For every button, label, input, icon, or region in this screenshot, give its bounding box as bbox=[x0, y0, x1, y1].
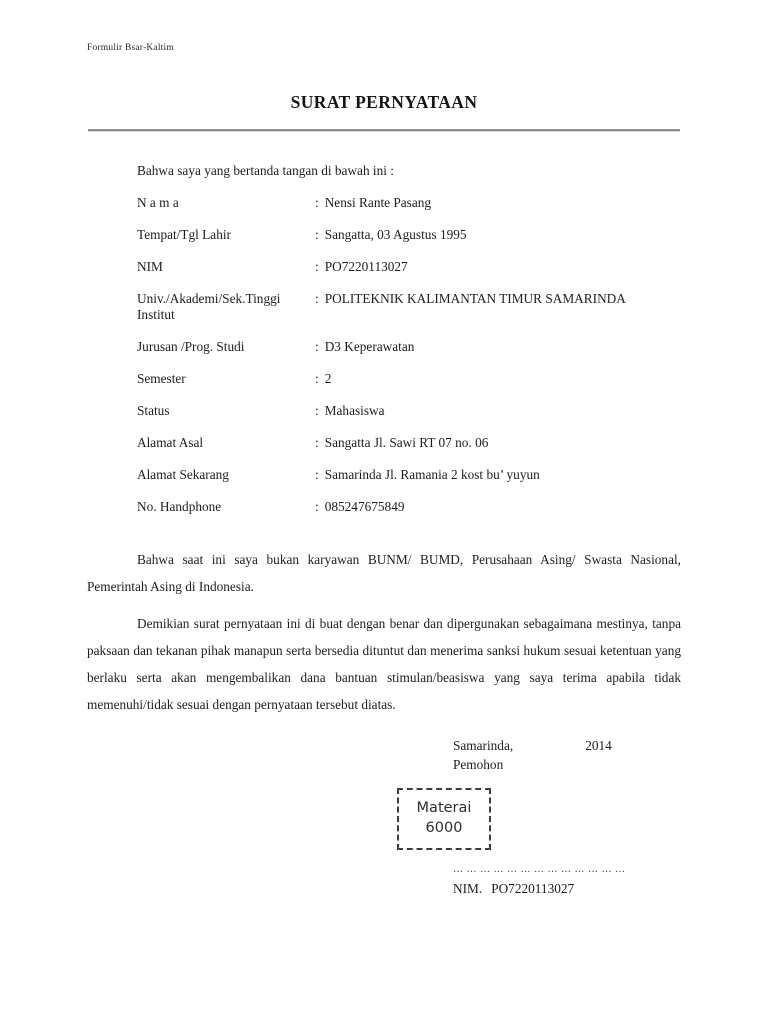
field-label: Univ./Akademi/Sek.Tinggi Institut bbox=[137, 291, 315, 323]
field-label: Tempat/Tgl Lahir bbox=[137, 227, 315, 243]
field-label: Status bbox=[137, 403, 315, 419]
materai-stamp-box: Materai 6000 bbox=[397, 788, 491, 850]
form-header: Formulir Bsar-Kaltim bbox=[87, 43, 174, 53]
signature-block: Samarinda, 2014 Pemohon Materai 6000 … …… bbox=[397, 736, 707, 898]
nim-value: PO7220113027 bbox=[491, 881, 574, 896]
field-row-status: Status :Mahasiswa bbox=[137, 403, 681, 419]
field-value-wrap: :2 bbox=[315, 371, 681, 387]
field-value-wrap: :Sangatta, 03 Agustus 1995 bbox=[315, 227, 681, 243]
field-colon: : bbox=[315, 403, 319, 418]
field-value: 2 bbox=[325, 371, 332, 386]
field-value: Samarinda Jl. Ramania 2 kost bu’ yuyun bbox=[325, 467, 540, 482]
stamp-label-line1: Materai bbox=[399, 798, 489, 818]
letter-body: Bahwa saya yang bertanda tangan di bawah… bbox=[87, 163, 681, 718]
closing-paragraph: Demikian surat pernyataan ini di buat de… bbox=[87, 610, 681, 718]
field-value: Sangatta, 03 Agustus 1995 bbox=[325, 227, 467, 242]
field-value-wrap: :Mahasiswa bbox=[315, 403, 681, 419]
field-colon: : bbox=[315, 467, 319, 482]
field-label: N a m a bbox=[137, 195, 315, 211]
intro-text: Bahwa saya yang bertanda tangan di bawah… bbox=[137, 163, 681, 179]
field-value: Nensi Rante Pasang bbox=[325, 195, 431, 210]
statement-paragraph: Bahwa saat ini saya bukan karyawan BUNM/… bbox=[87, 546, 681, 600]
field-value-wrap: :085247675849 bbox=[315, 499, 681, 515]
field-value-wrap: :POLITEKNIK KALIMANTAN TIMUR SAMARINDA bbox=[315, 291, 681, 323]
field-row-alamat-sekarang: Alamat Sekarang :Samarinda Jl. Ramania 2… bbox=[137, 467, 681, 483]
field-row-nim: NIM :PO7220113027 bbox=[137, 259, 681, 275]
field-row-jurusan: Jurusan /Prog. Studi :D3 Keperawatan bbox=[137, 339, 681, 355]
field-colon: : bbox=[315, 291, 319, 306]
signature-nim-line: NIM.PO7220113027 bbox=[453, 879, 707, 898]
field-colon: : bbox=[315, 259, 319, 274]
signature-place-line: Samarinda, 2014 bbox=[453, 736, 707, 755]
field-value-wrap: :Samarinda Jl. Ramania 2 kost bu’ yuyun bbox=[315, 467, 681, 483]
field-colon: : bbox=[315, 339, 319, 354]
field-value: PO7220113027 bbox=[325, 259, 408, 274]
field-label: Alamat Sekarang bbox=[137, 467, 315, 483]
field-row-nama: N a m a :Nensi Rante Pasang bbox=[137, 195, 681, 211]
nim-label: NIM. bbox=[453, 881, 482, 896]
field-colon: : bbox=[315, 227, 319, 242]
stamp-label-line2: 6000 bbox=[399, 818, 489, 838]
field-label: Jurusan /Prog. Studi bbox=[137, 339, 315, 355]
field-label: NIM bbox=[137, 259, 315, 275]
page-title: SURAT PERNYATAAN bbox=[0, 92, 768, 113]
field-label: Semester bbox=[137, 371, 315, 387]
title-rule bbox=[88, 129, 680, 132]
field-label: No. Handphone bbox=[137, 499, 315, 515]
field-colon: : bbox=[315, 195, 319, 210]
field-value-wrap: :Sangatta Jl. Sawi RT 07 no. 06 bbox=[315, 435, 681, 451]
field-value: Sangatta Jl. Sawi RT 07 no. 06 bbox=[325, 435, 489, 450]
field-row-tempat-tgl-lahir: Tempat/Tgl Lahir :Sangatta, 03 Agustus 1… bbox=[137, 227, 681, 243]
signature-year: 2014 bbox=[585, 736, 612, 755]
field-row-handphone: No. Handphone :085247675849 bbox=[137, 499, 681, 515]
signature-role: Pemohon bbox=[453, 755, 707, 774]
field-row-universitas: Univ./Akademi/Sek.Tinggi Institut :POLIT… bbox=[137, 291, 681, 323]
field-value: 085247675849 bbox=[325, 499, 405, 514]
signature-place: Samarinda, bbox=[453, 736, 513, 755]
field-colon: : bbox=[315, 499, 319, 514]
field-value: POLITEKNIK KALIMANTAN TIMUR SAMARINDA bbox=[325, 291, 626, 306]
field-value: D3 Keperawatan bbox=[325, 339, 415, 354]
document-page: Formulir Bsar-Kaltim SURAT PERNYATAAN Ba… bbox=[0, 0, 768, 1024]
field-value-wrap: :PO7220113027 bbox=[315, 259, 681, 275]
field-label: Alamat Asal bbox=[137, 435, 315, 451]
field-colon: : bbox=[315, 435, 319, 450]
signature-dotted-line: … … … … … … … … … … … … … bbox=[453, 865, 707, 875]
field-row-semester: Semester :2 bbox=[137, 371, 681, 387]
field-value-wrap: :D3 Keperawatan bbox=[315, 339, 681, 355]
field-colon: : bbox=[315, 371, 319, 386]
field-row-alamat-asal: Alamat Asal :Sangatta Jl. Sawi RT 07 no.… bbox=[137, 435, 681, 451]
field-value: Mahasiswa bbox=[325, 403, 385, 418]
field-value-wrap: :Nensi Rante Pasang bbox=[315, 195, 681, 211]
